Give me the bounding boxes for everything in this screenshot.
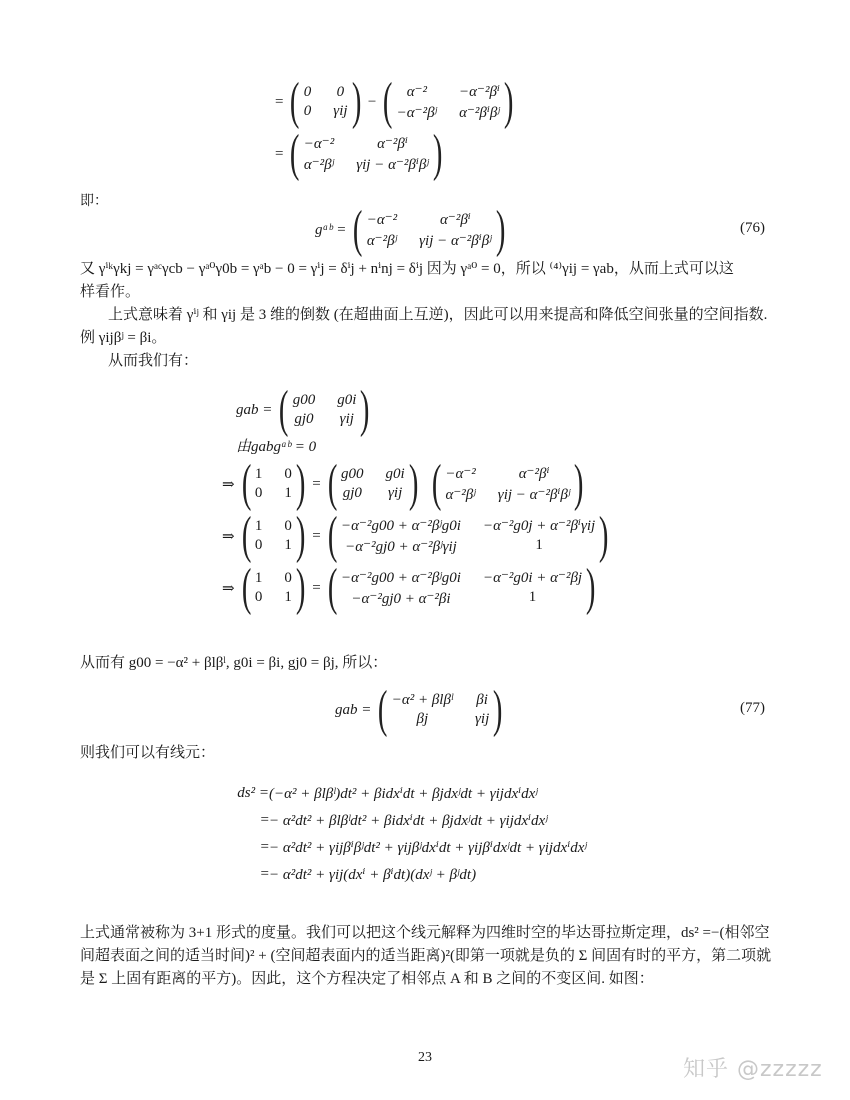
equals-sign: = — [312, 528, 320, 545]
matrix-cell: α⁻²βʲ — [445, 485, 475, 504]
matrix-3plus1-metric: ( −α² + βlβˡ βi βj γij ) — [374, 684, 506, 736]
line-element-rhs: − α²dt² + γij(dxⁱ + βⁱdt)(dxʲ + βʲdt) — [269, 865, 476, 884]
line-element-row: = − α²dt² + γij(dxⁱ + βⁱdt)(dxʲ + βʲdt) — [215, 861, 587, 888]
matrix-cell: 0 — [333, 84, 347, 101]
paragraph-line: 样看作。 — [80, 281, 780, 304]
equation-step2: ⇒ ( 1 0 0 1 ) = ( −α⁻²g00 + α⁻²βʲg0i −α⁻… — [222, 510, 616, 562]
identity-matrix: ( 1 0 0 1 ) — [238, 562, 310, 614]
equation-condition: 由gabgᵃᵇ = 0 — [236, 435, 316, 456]
equation-lhs: gab = — [236, 402, 272, 419]
matrix-cell: 1 — [483, 589, 582, 608]
matrix-cell: γij — [386, 485, 405, 502]
equation-77: gab = ( −α² + βlβˡ βi βj γij ) — [335, 684, 510, 736]
matrix-cell: 0 — [255, 537, 263, 554]
equation-76: gᵃᵇ = ( −α⁻² α⁻²βⁱ α⁻²βʲ γij − α⁻²βⁱβʲ ) — [315, 204, 512, 256]
line-element-block: ds² = (−α² + βlβˡ)dt² + βidxⁱdt + βjdxʲd… — [215, 780, 587, 888]
matrix-inverse-metric: ( −α⁻² α⁻²βⁱ α⁻²βʲ γij − α⁻²βⁱβʲ ) — [349, 204, 509, 256]
implies-arrow: ⇒ — [222, 579, 235, 598]
minus-sign: − — [368, 94, 376, 111]
equals-sign: = — [275, 146, 283, 163]
matrix-cell: −α⁻²gj0 + α⁻²βʲγij — [341, 537, 461, 556]
line-element-row: = − α²dt² + γijβⁱβʲdt² + γijβʲdxⁱdt + γi… — [215, 834, 587, 861]
matrix-cell: 1 — [284, 537, 292, 554]
matrix-cell: −α⁻² — [304, 134, 334, 153]
matrix-cell: −α⁻²βⁱ — [459, 82, 500, 101]
line-element-rhs: (−α² + βlβˡ)dt² + βidxⁱdt + βjdxʲdt + γi… — [269, 784, 538, 803]
identity-matrix: ( 1 0 0 1 ) — [238, 510, 310, 562]
matrix-cell: γij — [333, 103, 347, 120]
matrix-inverse-metric: ( −α⁻² α⁻²βⁱ α⁻²βʲ γij − α⁻²βⁱβʲ ) — [286, 128, 446, 180]
matrix-cell: −α⁻²g0i + α⁻²βj — [483, 568, 582, 587]
identity-matrix: ( 1 0 0 1 ) — [238, 458, 310, 510]
matrix-cell: γij − α⁻²βⁱβʲ — [419, 231, 492, 250]
matrix-cell: βj — [392, 711, 453, 728]
matrix-cell: 1 — [284, 589, 292, 606]
paragraph-line: 间超表面之间的适当时间)² + (空间超表面内的适当距离)²(即第一项就是负的 … — [80, 945, 780, 968]
matrix-cell: α⁻²βⁱ — [356, 134, 429, 153]
matrix-metric: ( g00 g0i gj0 γij ) — [324, 458, 422, 510]
matrix-cell: 1 — [284, 485, 292, 502]
equation-lhs: gᵃᵇ = — [315, 222, 346, 239]
equation-number-77: (77) — [740, 700, 765, 717]
matrix-cell: −α⁻²βʲ — [397, 103, 437, 122]
product-matrix: ( −α⁻²g00 + α⁻²βʲg0i −α⁻²g0i + α⁻²βj −α⁻… — [324, 562, 600, 614]
equation-step3: ⇒ ( 1 0 0 1 ) = ( −α⁻²g00 + α⁻²βʲg0i −α⁻… — [222, 562, 602, 614]
paragraph-line: 是 Σ 上固有距离的平方)。因此，这个方程决定了相邻点 A 和 B 之间的不变区… — [80, 968, 780, 991]
matrix-cell: 1 — [483, 537, 595, 556]
matrix-cell: α⁻²βⁱ — [498, 464, 571, 483]
matrix-alpha-beta: ( α⁻² −α⁻²βⁱ −α⁻²βʲ α⁻²βⁱβʲ ) — [379, 76, 517, 128]
matrix-cell: −α⁻² — [367, 210, 397, 229]
matrix-cell: γij — [475, 711, 489, 728]
paragraph-gamma-identity: 又 γⁱᵏγkj = γᵃᶜγcb − γᵃ⁰γ0b = γᵃb − 0 = γ… — [80, 258, 780, 304]
line-element-lhs: ds² = — [215, 785, 269, 802]
line-element-rhs: − α²dt² + γijβⁱβʲdt² + γijβʲdxⁱdt + γijβ… — [269, 838, 587, 857]
paragraph-3plus1-interpretation: 上式通常被称为 3+1 形式的度量。我们可以把这个线元解释为四维时空的毕达哥拉斯… — [80, 922, 780, 991]
matrix-cell: −α⁻²g00 + α⁻²βʲg0i — [341, 516, 461, 535]
line-element-rhs: − α²dt² + βlβˡdt² + βidxⁱdt + βjdxʲdt + … — [269, 811, 548, 830]
paragraph-thus-we-have: 从而我们有： — [108, 350, 198, 373]
line-element-lhs: = — [215, 839, 269, 856]
implies-arrow: ⇒ — [222, 475, 235, 494]
paragraph-so-we-have: 从而有 g00 = −α² + βlβˡ, g0i = βi, gj0 = βj… — [80, 652, 387, 675]
matrix-metric: ( g00 g0i gj0 γij ) — [275, 384, 373, 436]
matrix-cell: g00 — [293, 392, 316, 409]
paragraph-line-element-intro: 则我们可以有线元： — [80, 742, 215, 765]
implies-arrow: ⇒ — [222, 527, 235, 546]
matrix-cell: 0 — [255, 485, 263, 502]
paragraph-inverse-meaning: 上式意味着 γⁱʲ 和 γij 是 3 维的倒数 (在超曲面上互逆)，因此可以用… — [80, 304, 780, 350]
matrix-cell: α⁻²βʲ — [304, 155, 334, 174]
line-element-row: = − α²dt² + βlβˡdt² + βidxⁱdt + βjdxʲdt … — [215, 807, 587, 834]
matrix-cell: α⁻²βⁱβʲ — [459, 103, 500, 122]
paragraph-line: 例 γijβʲ = βi。 — [80, 327, 780, 350]
matrix-cell: α⁻²βⁱ — [419, 210, 492, 229]
matrix-cell: −α⁻²gj0 + α⁻²βi — [341, 589, 461, 608]
matrix-cell: −α⁻² — [445, 464, 475, 483]
line-element-row: ds² = (−α² + βlβˡ)dt² + βidxⁱdt + βjdxʲd… — [215, 780, 587, 807]
paragraph-line: 上式通常被称为 3+1 形式的度量。我们可以把这个线元解释为四维时空的毕达哥拉斯… — [80, 922, 780, 945]
matrix-cell: βi — [475, 692, 489, 709]
line-element-lhs: = — [215, 866, 269, 883]
matrix-cell: 1 — [255, 570, 263, 587]
matrix-cell: γij — [337, 411, 356, 428]
paragraph-line: 又 γⁱᵏγkj = γᵃᶜγcb − γᵃ⁰γ0b = γᵃb − 0 = γ… — [80, 258, 780, 281]
matrix-cell: γij − α⁻²βⁱβʲ — [498, 485, 571, 504]
matrix-cell: 0 — [284, 466, 292, 483]
matrix-cell: α⁻²βʲ — [367, 231, 397, 250]
page-number: 23 — [418, 1050, 432, 1066]
zhihu-watermark: 知乎 @zzzzz — [683, 1052, 823, 1083]
matrix-zero-gamma: ( 0 0 0 γij ) — [286, 76, 364, 128]
equation-gab-definition: gab = ( g00 g0i gj0 γij ) — [236, 384, 377, 436]
matrix-cell: 0 — [284, 570, 292, 587]
matrix-cell: −α² + βlβˡ — [392, 692, 453, 709]
matrix-cell: 0 — [304, 103, 312, 120]
matrix-cell: gj0 — [341, 485, 364, 502]
matrix-cell: −α⁻²g00 + α⁻²βʲg0i — [341, 568, 461, 587]
equation-top-line2: = ( −α⁻² α⁻²βⁱ α⁻²βʲ γij − α⁻²βⁱβʲ ) — [275, 128, 449, 180]
matrix-cell: α⁻² — [397, 82, 437, 101]
matrix-cell: 0 — [284, 518, 292, 535]
paragraph-line: 上式意味着 γⁱʲ 和 γij 是 3 维的倒数 (在超曲面上互逆)，因此可以用… — [80, 304, 780, 327]
label-ji: 即： — [80, 190, 108, 210]
matrix-cell: gj0 — [293, 411, 316, 428]
equals-sign: = — [312, 476, 320, 493]
equation-lhs: gab = — [335, 702, 371, 719]
equation-number-76: (76) — [740, 220, 765, 237]
equals-sign: = — [312, 580, 320, 597]
matrix-cell: g00 — [341, 466, 364, 483]
equation-top-line1: = ( 0 0 0 γij ) − ( α⁻² −α⁻²βⁱ −α⁻²βʲ α⁻… — [275, 76, 520, 128]
line-element-lhs: = — [215, 812, 269, 829]
matrix-cell: 0 — [304, 84, 312, 101]
equation-step1: ⇒ ( 1 0 0 1 ) = ( g00 g0i gj0 γij ) ( −α… — [222, 458, 591, 510]
matrix-cell: g0i — [386, 466, 405, 483]
matrix-cell: g0i — [337, 392, 356, 409]
matrix-cell: 0 — [255, 589, 263, 606]
equals-sign: = — [275, 94, 283, 111]
matrix-cell: −α⁻²g0j + α⁻²βⁱγij — [483, 516, 595, 535]
matrix-inverse-metric: ( −α⁻² α⁻²βⁱ α⁻²βʲ γij − α⁻²βⁱβʲ ) — [428, 458, 588, 510]
matrix-cell: 1 — [255, 518, 263, 535]
matrix-cell: γij − α⁻²βⁱβʲ — [356, 155, 429, 174]
product-matrix: ( −α⁻²g00 + α⁻²βʲg0i −α⁻²g0j + α⁻²βⁱγij … — [324, 510, 613, 562]
matrix-cell: 1 — [255, 466, 263, 483]
